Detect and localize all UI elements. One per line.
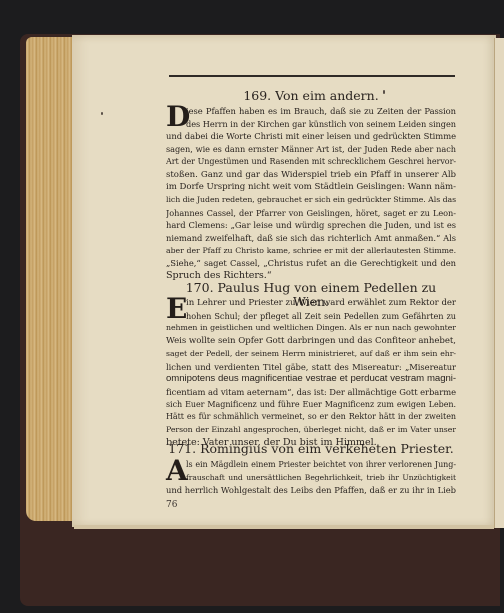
- header-rule: [169, 75, 455, 77]
- text-line: Hätt es für schmählich vermeinet, so er …: [166, 411, 456, 424]
- text-line: lich die Juden redeten, gebrauchet er si…: [166, 194, 456, 207]
- text-line: nehmen in geistlichen und weltlichen Din…: [166, 322, 456, 335]
- text-line: niemand zweifelhaft, daß sie sich das ri…: [166, 232, 456, 245]
- text-line: omnipotens deus magnificentiae vestrae e…: [166, 373, 456, 386]
- section-body-170: in Lehrer und Priester zu Wien ward erwä…: [166, 297, 456, 449]
- section-body-169: iese Pfaffen haben es im Brauch, daß sie…: [166, 105, 456, 283]
- text-line: ficentiam ad vitam aeternam“, das ist: D…: [166, 386, 456, 399]
- text-line: aber der Pfaff zu Christo kame, schriee …: [166, 245, 456, 258]
- text-line: und dabei die Worte Christi mit einer le…: [166, 130, 456, 143]
- text-line: sagen, wie es dann ernster Männer Art is…: [166, 143, 456, 156]
- page-number: 76: [166, 500, 177, 510]
- paper-speck: [101, 112, 103, 115]
- section-heading-169: 169. Von eim andern.: [166, 89, 456, 103]
- text-line: des Herrn in der Kirchen gar künstlich v…: [166, 118, 456, 131]
- page-edges: [26, 37, 76, 521]
- text-line: und herrlich Wohlgestalt des Leibs den P…: [166, 484, 456, 497]
- text-line: frauschaft und unersättlichen Begehrlich…: [166, 472, 456, 485]
- text-line: iese Pfaffen haben es im Brauch, daß sie…: [166, 105, 456, 118]
- section-body-171: ls ein Mägdlein einem Priester beichtet …: [166, 459, 456, 497]
- text-line: im Dorfe Urspring nicht weit vom Städtle…: [166, 181, 456, 194]
- section-heading-171: 171. Romingius von eim verkeheten Priest…: [166, 442, 456, 456]
- facing-page-edge: [494, 38, 504, 528]
- text-line: lichen und verdienten Titel gäbe, statt …: [166, 361, 456, 374]
- text-line: stoßen. Ganz und gar das Widerspiel trie…: [166, 169, 456, 182]
- page-bottom-edge: [74, 525, 494, 529]
- text-line: Weis wollte sein Opfer Gott darbringen u…: [166, 335, 456, 348]
- text-line: Johannes Cassel, der Pfarrer von Geislin…: [166, 207, 456, 220]
- text-line: hard Clemens: „Gar leise und würdig spre…: [166, 219, 456, 232]
- text-line: ls ein Mägdlein einem Priester beichtet …: [166, 459, 456, 472]
- text-line: Person der Einzahl angesprochen, überleg…: [166, 424, 456, 437]
- text-line: „Siehe,“ saget Cassel, „Christus rufet a…: [166, 257, 456, 270]
- text-line: hohen Schul; der pfleget all Zeit sein P…: [166, 310, 456, 323]
- text-line: in Lehrer und Priester zu Wien ward erwä…: [166, 297, 456, 310]
- text-line: sich Euer Magnificenz und führe Euer Mag…: [166, 399, 456, 412]
- text-line: Art der Ungestümen und Rasenden mit schr…: [166, 156, 456, 169]
- text-line: saget der Pedell, der seinem Herrn minis…: [166, 348, 456, 361]
